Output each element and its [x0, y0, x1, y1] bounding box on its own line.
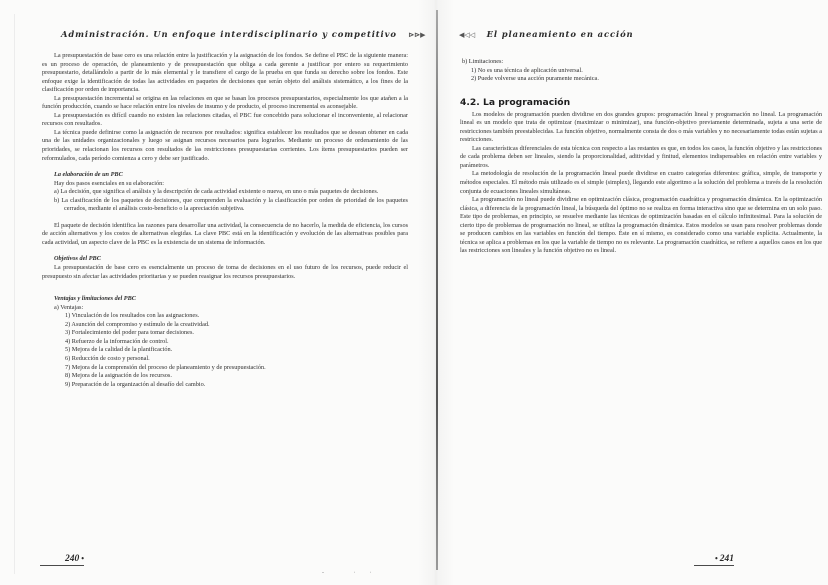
paragraph: La metodología de resolución de la progr… — [460, 170, 822, 196]
paragraph: La técnica puede definirse como la asign… — [42, 129, 408, 163]
paragraph: La presupuestación de base cero es una r… — [42, 52, 408, 95]
list-item: 3) Fortalecimiento del poder para tomar … — [42, 329, 408, 338]
left-page: Administración. Un enfoque interdiscipli… — [0, 0, 436, 585]
page-number-left: 240• — [40, 554, 84, 566]
list-item: 4) Refuerzo de la información de control… — [42, 338, 408, 347]
subheading-ventajas: Ventajas y limitaciones del PBC — [42, 295, 408, 304]
page-number-text: 240 — [65, 554, 79, 564]
elaboracion-list: a) La decisión, que significa el análisi… — [42, 188, 408, 214]
bullet-marker-icon: • — [715, 554, 718, 563]
paragraph: La presupuestación incremental se origin… — [42, 95, 408, 112]
right-page-body: b) Limitaciones: 1) No es una técnica de… — [460, 58, 822, 256]
subheading-elaboracion: La elaboración de un PBC — [42, 171, 408, 180]
left-page-body: La presupuestación de base cero es una r… — [42, 52, 408, 389]
elaboracion-intro: Hay dos pasos esenciales en su elaboraci… — [42, 180, 408, 189]
ventajas-label: a) Ventajas: — [42, 304, 408, 313]
list-item: 1) Vinculación de los resultados con las… — [42, 312, 408, 321]
limitaciones-list: 1) No es una técnica de aplicación unive… — [460, 67, 822, 84]
ventajas-list: 1) Vinculación de los resultados con las… — [42, 312, 408, 389]
paragraph: La presupuestación es difícil cuando no … — [42, 112, 408, 129]
section-heading: 4.2. La programación — [460, 97, 822, 109]
right-page: ◀◁◁ El planeamiento en acción b) Limitac… — [438, 0, 828, 585]
list-item: 7) Mejora de la comprensión del proceso … — [42, 364, 408, 373]
subheading-objetivos: Objetivos del PBC — [42, 255, 408, 264]
list-item: 1) No es una técnica de aplicación unive… — [460, 67, 822, 76]
limitaciones-label: b) Limitaciones: — [460, 58, 822, 67]
paragraph: Las características diferenciales de est… — [460, 145, 822, 171]
list-item: b) La clasificación de los paquetes de d… — [42, 197, 408, 214]
running-head-title: Administración. Un enfoque interdiscipli… — [61, 29, 397, 39]
list-item: 5) Mejora de la calidad de la planificac… — [42, 346, 408, 355]
list-item: 8) Mejora de la asignación de los recurs… — [42, 372, 408, 381]
paragraph: La programación no lineal puede dividirs… — [460, 196, 822, 256]
list-item: 2) Asunción del compromiso y estímulo de… — [42, 321, 408, 330]
page-number-right: •241 — [694, 554, 734, 566]
arrows-right-icon: ⊳⊳▶ — [408, 30, 425, 39]
list-item: 6) Reducción de costo y personal. — [42, 355, 408, 364]
list-item: 2) Puede volverse una acción puramente m… — [460, 75, 822, 84]
paragraph: Los modelos de programación pueden divid… — [460, 111, 822, 145]
scan-specks: - ·· — [322, 570, 386, 576]
list-item: a) La decisión, que significa el análisi… — [42, 188, 408, 197]
paragraph: La presupuestación de base cero es esenc… — [42, 264, 408, 281]
list-item: 9) Preparación de la organización al des… — [42, 381, 408, 390]
arrows-left-icon: ◀◁◁ — [459, 30, 475, 39]
bullet-marker-icon: • — [81, 554, 84, 563]
page-number-text: 241 — [720, 554, 734, 564]
running-head-title: El planeamiento en acción — [487, 29, 634, 39]
paragraph: El paquete de decisión identifica las ra… — [42, 222, 408, 248]
running-head-right: ◀◁◁ El planeamiento en acción — [459, 29, 634, 39]
running-head-left: Administración. Un enfoque interdiscipli… — [61, 29, 425, 39]
